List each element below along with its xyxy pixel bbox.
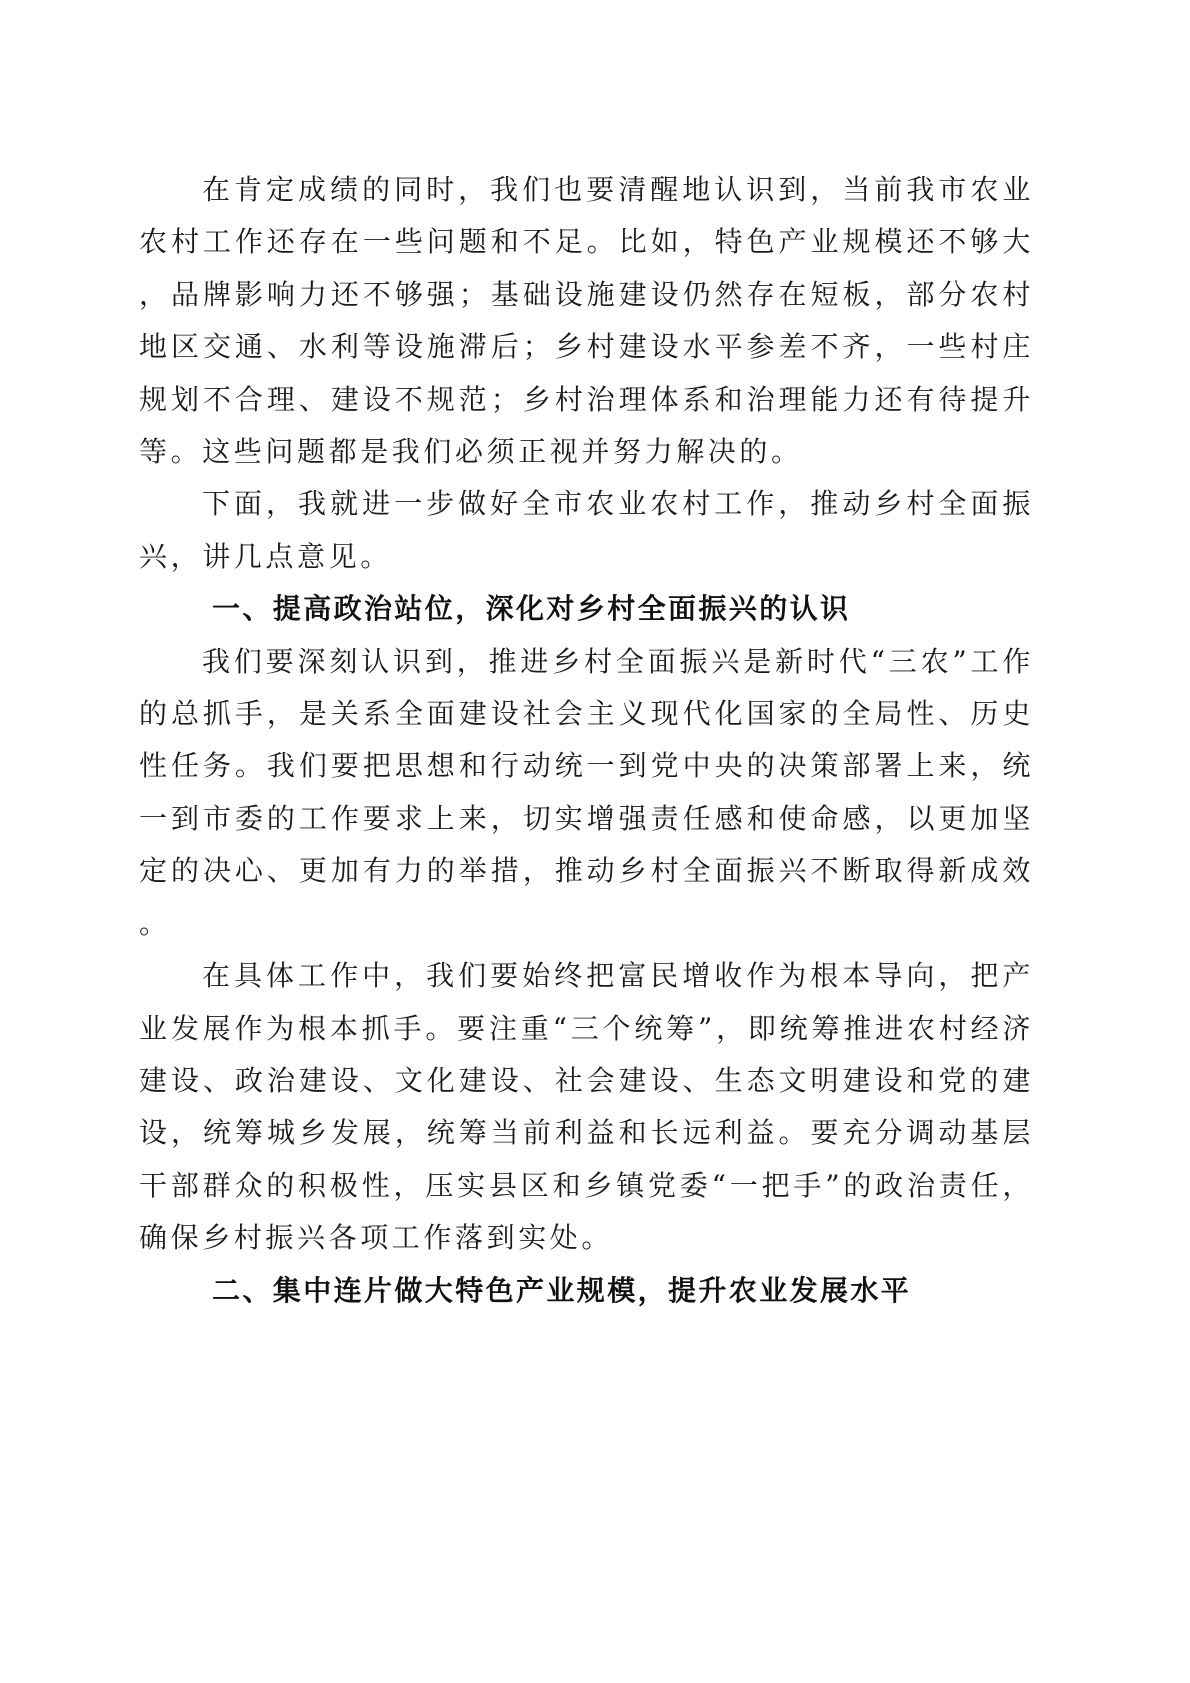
paragraph-shortcomings: 在肯定成绩的同时，我们也要清醒地认识到，当前我市农业农村工作还存在一些问题和不足… <box>139 164 1034 478</box>
paragraph-intro-opinions: 下面，我就进一步做好全市农业农村工作，推动乡村全面振兴，讲几点意见。 <box>139 478 1034 583</box>
paragraph-specific-work: 在具体工作中，我们要始终把富民增收作为根本导向，把产业发展作为根本抓手。要注重“… <box>139 950 1034 1264</box>
document-body: 在肯定成绩的同时，我们也要清醒地认识到，当前我市农业农村工作还存在一些问题和不足… <box>139 164 1034 1317</box>
paragraph-understanding: 我们要深刻认识到，推进乡村全面振兴是新时代“三农”工作的总抓手，是关系全面建设社… <box>139 636 1034 950</box>
section-heading-1: 一、提高政治站位，深化对乡村全面振兴的认识 <box>139 583 1034 635</box>
section-heading-2: 二、集中连片做大特色产业规模，提升农业发展水平 <box>139 1265 1034 1317</box>
document-page: 在肯定成绩的同时，我们也要清醒地认识到，当前我市农业农村工作还存在一些问题和不足… <box>0 0 1190 1683</box>
